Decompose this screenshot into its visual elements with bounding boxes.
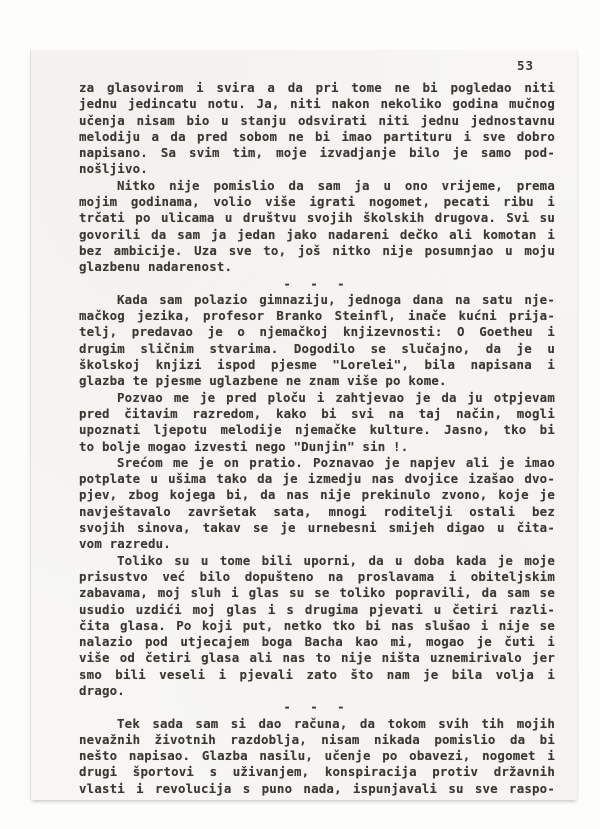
paragraph: Pozvao me je pred ploču i zahtjevao je d… — [79, 390, 555, 455]
text-line: Nitko nije pomislio da sam ja u ono vrij… — [79, 178, 555, 194]
text-line: jednu jedincatu notu. Ja, niti nakon nek… — [79, 96, 555, 112]
paragraph: Srećom me je on pratio. Poznavao je napj… — [79, 455, 555, 553]
text-line: govorili da sam ja jedan jako nadareni d… — [79, 227, 555, 243]
text-line: pjev, zbog kojega bi, da nas nije prekin… — [79, 487, 555, 503]
text-line: mojim godinama, volio više igrati nogome… — [79, 194, 555, 210]
text-line: to bolje mogao izvesti nego "Dunjin" sin… — [79, 439, 555, 455]
section-separator: - - - — [79, 699, 555, 715]
text-line: Pozvao me je pred ploču i zahtjevao je d… — [79, 390, 555, 406]
text-line: svojih sinova, takav se je urnebesni smi… — [79, 520, 555, 536]
page-number: 53 — [31, 50, 577, 73]
page-background: 53 za glasovirom i svira a da pri tome n… — [0, 0, 600, 829]
text-line: glazbenu nadarenost. — [79, 259, 555, 275]
text-line: čita glasa. Po koji put, netko tko bi na… — [79, 618, 555, 634]
text-line: melodiju a da pred sobom ne bi imao part… — [79, 129, 555, 145]
text-line: glazba te pjesme uglazbene ne znam više … — [79, 373, 555, 389]
text-line: zabavama, moj sluh i glas su se toliko p… — [79, 585, 555, 601]
document-page: 53 za glasovirom i svira a da pri tome n… — [30, 50, 578, 800]
text-line: nešto napisao. Glazba nasilu, učenje po … — [79, 748, 555, 764]
text-line: nalazio pod utjecajem boga Bacha kao mi,… — [79, 634, 555, 650]
text-line: za glasovirom i svira a da pri tome ne b… — [79, 80, 555, 96]
text-line: nošljivo. — [79, 161, 555, 177]
text-line: Kada sam polazio gimnaziju, jednoga dana… — [79, 292, 555, 308]
text-line: drago. — [79, 683, 555, 699]
text-line: bez ambicije. Uza sve to, još nitko nije… — [79, 243, 555, 259]
text-line: upoznati ljepotu melodije njemačke kultu… — [79, 422, 555, 438]
paragraph: Kada sam polazio gimnaziju, jednoga dana… — [79, 292, 555, 390]
text-line: školskoj knjizi ispod pjesme "Lorelei", … — [79, 357, 555, 373]
text-line: mačkog jezika, profesor Branko Steinfl, … — [79, 308, 555, 324]
text-line: Srećom me je on pratio. Poznavao je napj… — [79, 455, 555, 471]
text-line: Toliko su u tome bili uporni, da u doba … — [79, 553, 555, 569]
text-line: prisustvo već bilo dopušteno na proslava… — [79, 569, 555, 585]
text-line: smo bili veseli i pjevali zato što nam j… — [79, 667, 555, 683]
text-line: navještavalo završetak sata, mnogi rodit… — [79, 504, 555, 520]
text-line: pred čitavim razredom, kako bi svi na ta… — [79, 406, 555, 422]
text-line: učenja nisam bio u stanju odsvirati niti… — [79, 113, 555, 129]
text-line: usudio uzdići moj glas i s drugima pjeva… — [79, 602, 555, 618]
text-line: napisano. Sa svim tim, moje izvadjanje b… — [79, 145, 555, 161]
paragraph: za glasovirom i svira a da pri tome ne b… — [79, 80, 555, 178]
text-line: drugi športovi s uživanjem, konspiracija… — [79, 764, 555, 780]
section-separator: - - - — [79, 276, 555, 292]
text-line: telj, predavao je o njemačkoj knjizevnos… — [79, 324, 555, 340]
text-line: više od četiri glasa ali nas to nije niš… — [79, 650, 555, 666]
paragraph: Tek sada sam si dao računa, da tokom svi… — [79, 716, 555, 797]
text-block: za glasovirom i svira a da pri tome ne b… — [79, 80, 555, 797]
text-line: trčati po ulicama u društvu svojih škols… — [79, 210, 555, 226]
paragraph: Toliko su u tome bili uporni, da u doba … — [79, 553, 555, 700]
text-line: nevažnih životnih razdoblja, nisam nikad… — [79, 732, 555, 748]
text-line: drugim sličnim stvarima. Dogodilo se slu… — [79, 341, 555, 357]
paragraph: Nitko nije pomislio da sam ja u ono vrij… — [79, 178, 555, 276]
text-line: Tek sada sam si dao računa, da tokom svi… — [79, 716, 555, 732]
text-line: vom razredu. — [79, 536, 555, 552]
text-line: vlasti i revolucija s puno nada, ispunja… — [79, 781, 555, 797]
text-line: potplate u ušima tako da je izmedju nas … — [79, 471, 555, 487]
